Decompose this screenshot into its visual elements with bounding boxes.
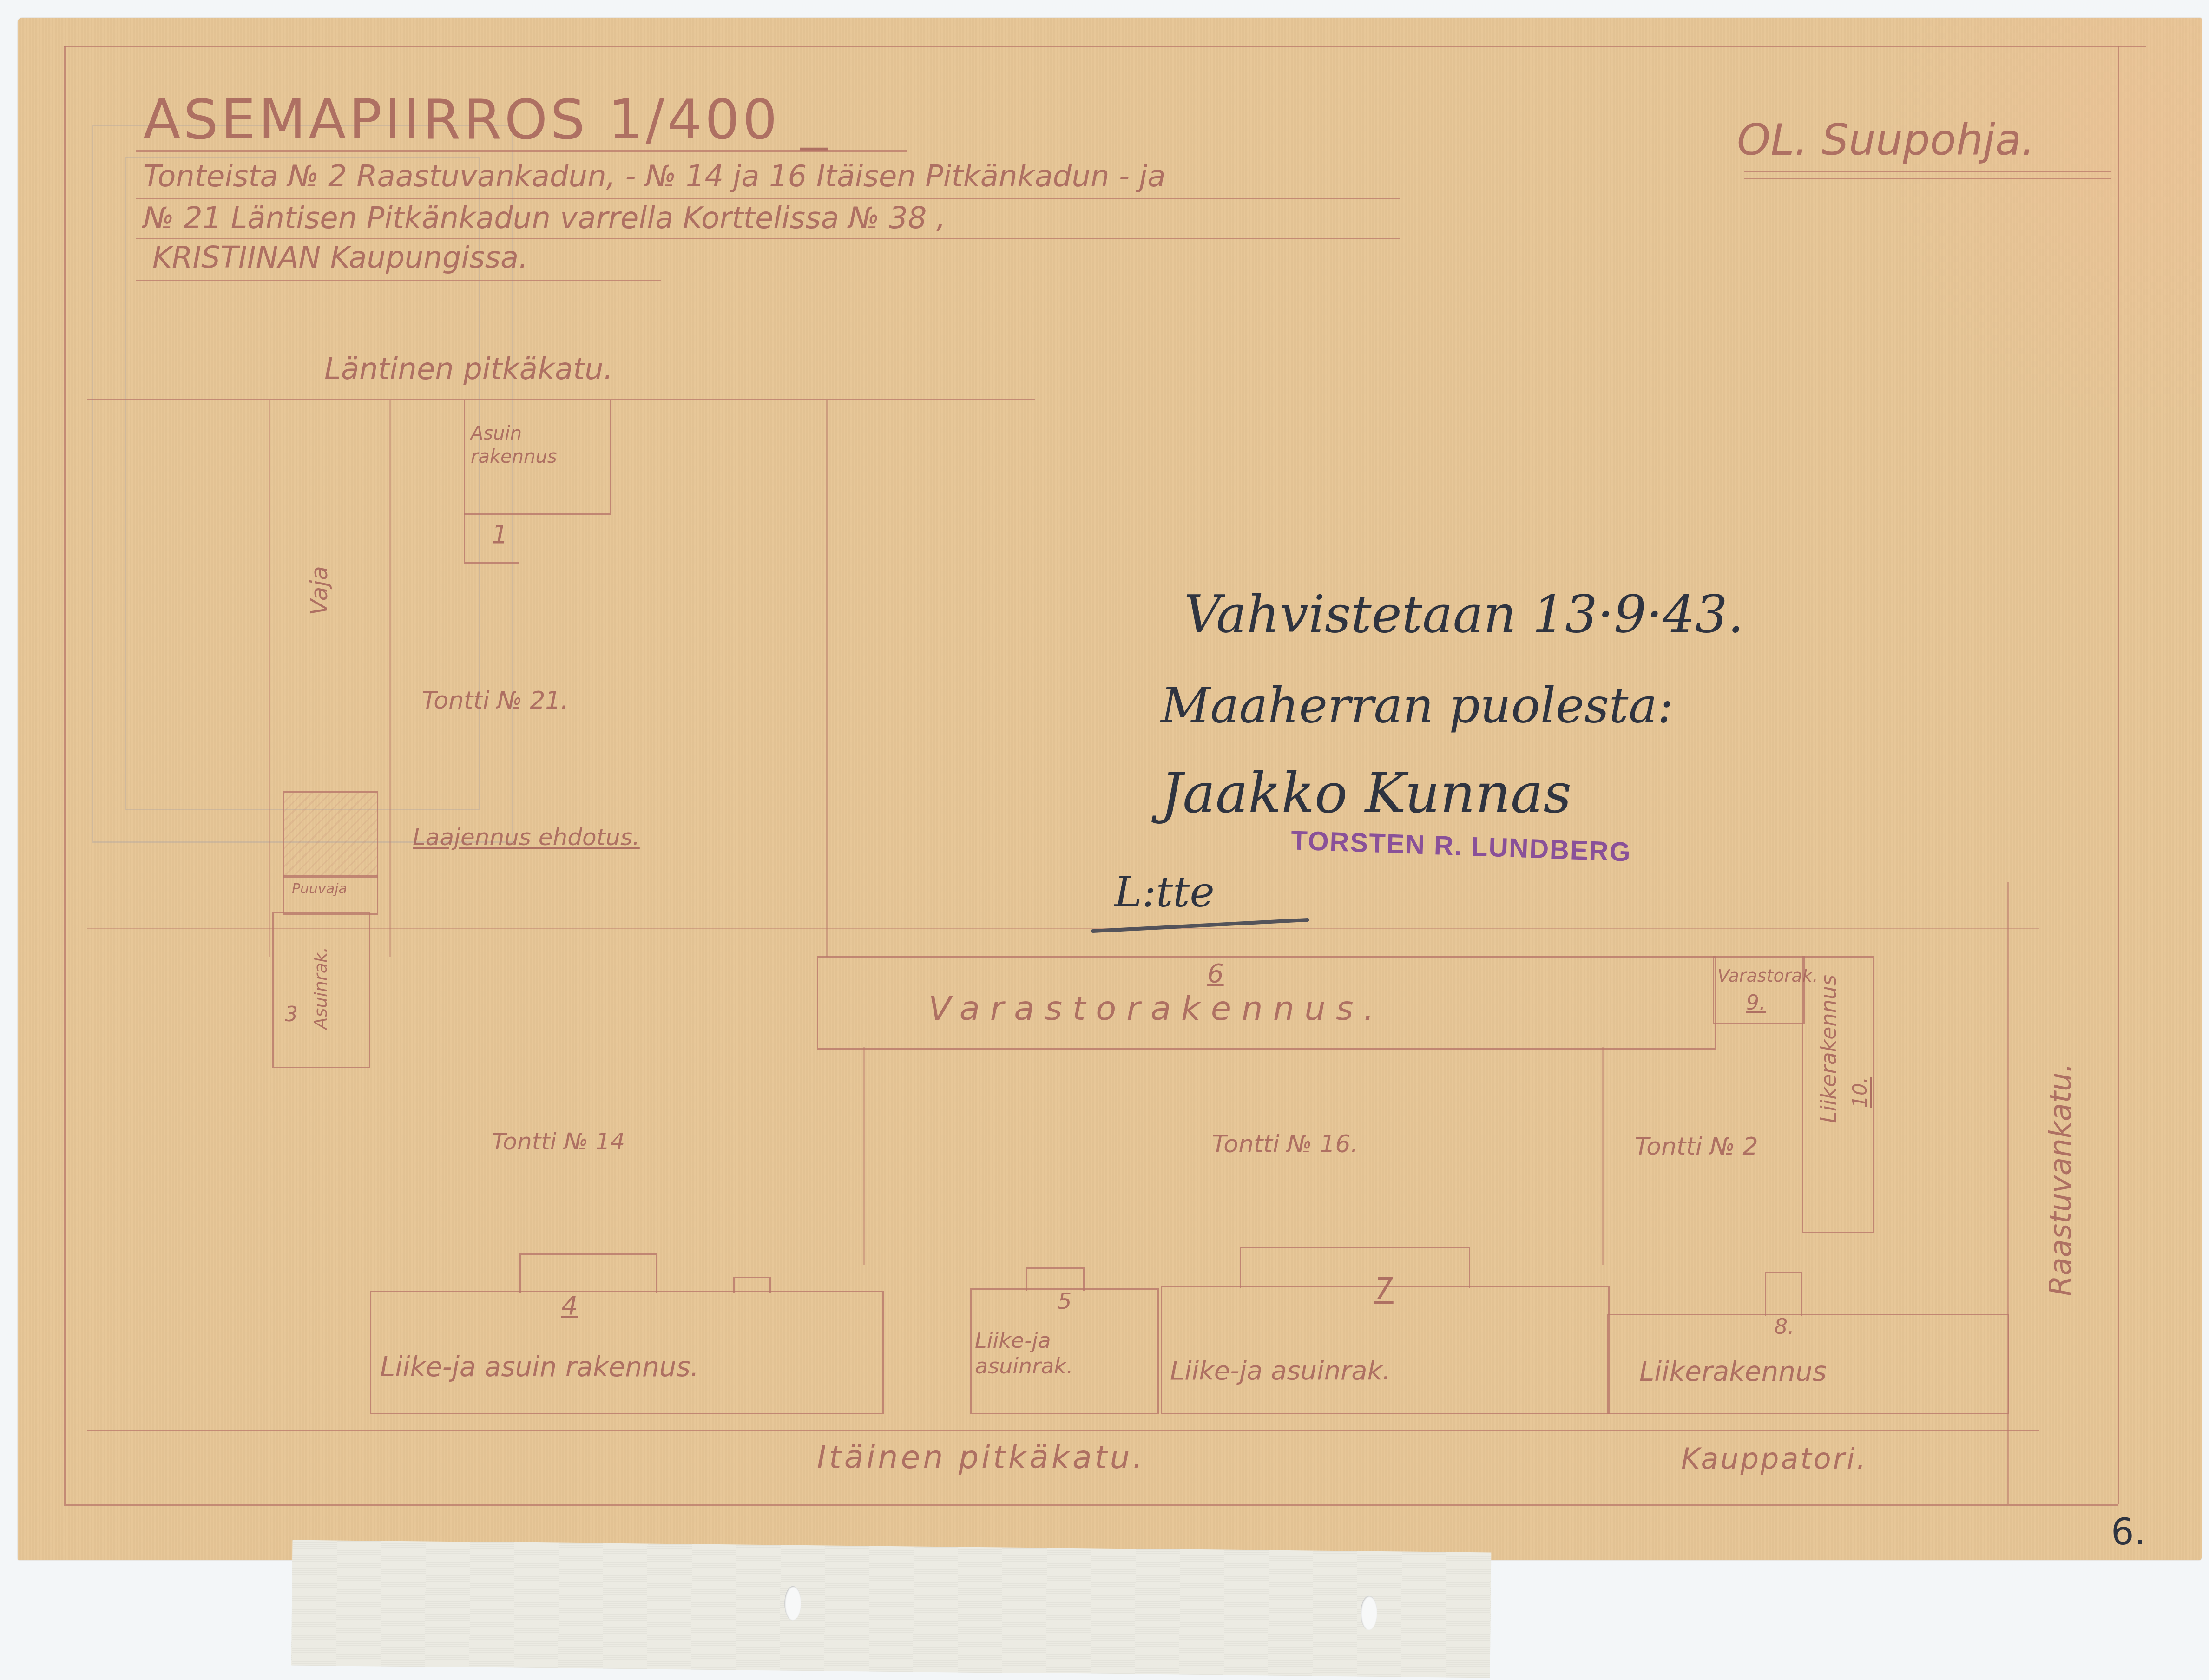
page-number: 6. <box>2111 1511 2145 1553</box>
plot-21-boundary-right <box>826 400 828 957</box>
building-7-wing <box>1240 1247 1470 1288</box>
subtitle-underline-2 <box>136 238 1400 239</box>
document-title: ASEMAPIIRROS 1/400 _ <box>143 87 830 151</box>
initials-underline <box>1091 918 1309 933</box>
building-5-number: 5 <box>1058 1288 1072 1314</box>
building-9-number: 9. <box>1746 991 1766 1015</box>
approval-stamp: TORSTEN R. LUNDBERG <box>1290 825 1632 868</box>
region-label: OL. Suupohja. <box>1737 115 2035 165</box>
subtitle-underline-3 <box>136 280 661 281</box>
subtitle-line-1: Tonteista № 2 Raastuvankadun, - № 14 ja … <box>143 159 1165 194</box>
building-7-number: 7 <box>1374 1272 1394 1306</box>
street-line-bottom <box>87 1430 2039 1431</box>
plot-21-label: Tontti № 21. <box>422 687 568 715</box>
building-4-bay <box>733 1277 771 1293</box>
fuel-shed-label: Puuvaja <box>292 881 347 897</box>
building-6-number: 6 <box>1207 958 1224 989</box>
frame-bottom <box>64 1504 2118 1506</box>
paper-stain <box>1876 18 2202 436</box>
binding-hole-right <box>1361 1596 1378 1630</box>
building-5-gable <box>1026 1267 1085 1291</box>
plot-16-label: Tontti № 16. <box>1212 1130 1358 1158</box>
plot-16-2-boundary <box>1602 1047 1604 1265</box>
binding-strip <box>291 1540 1492 1678</box>
approval-signature: Jaakko Kunnas <box>1161 761 1571 825</box>
frame-left <box>64 46 66 1504</box>
building-1-number: 1 <box>492 519 508 550</box>
building-10-number: 10. <box>1848 1077 1871 1108</box>
building-8-number: 8. <box>1774 1314 1795 1339</box>
frame-top <box>64 46 2146 47</box>
subtitle-line-2: № 21 Läntisen Pitkänkadun varrella Kortt… <box>143 201 946 236</box>
building-3-label: Asuinrak. <box>310 947 331 1030</box>
building-1-label: Asuin rakennus <box>471 422 592 468</box>
street-east-long: Itäinen pitkäkatu. <box>817 1439 1145 1476</box>
plot-2-label: Tontti № 2 <box>1635 1133 1758 1161</box>
approval-line-1: Vahvistetaan 13·9·43. <box>1184 584 1744 644</box>
street-raastuvankatu: Raastuvankatu. <box>2044 1063 2078 1296</box>
plot-21-boundary-inner <box>389 400 391 957</box>
plot-21-boundary-left <box>269 400 270 957</box>
street-west-long: Läntinen pitkäkatu. <box>324 352 613 387</box>
site-plan-sheet: ASEMAPIIRROS 1/400 _ Tonteista № 2 Raast… <box>18 18 2202 1560</box>
market-square-label: Kauppatori. <box>1681 1442 1867 1476</box>
region-underline-2 <box>1744 178 2111 179</box>
building-5-label: Liike-ja asuinrak. <box>975 1328 1054 1379</box>
building-7-label: Liike-ja asuinrak. <box>1170 1356 1391 1386</box>
building-3-number: 3 <box>285 1003 298 1026</box>
plot-14-16-boundary <box>863 1047 865 1265</box>
building-4-number: 4 <box>561 1291 578 1321</box>
extension-proposal-area <box>283 791 378 878</box>
subtitle-line-3: KRISTIINAN Kaupungissa. <box>152 241 528 275</box>
region-underline-1 <box>1744 171 2111 172</box>
frame-right <box>2118 46 2119 1504</box>
block-divider-line <box>87 928 2039 929</box>
extension-proposal-label: Laajennus ehdotus. <box>413 824 640 851</box>
plot-14-label: Tontti № 14 <box>492 1128 625 1155</box>
building-6-label: Varastorakennus. <box>928 989 1384 1028</box>
building-8-gable <box>1765 1272 1802 1316</box>
woodshed-vertical-label: Vaja <box>306 566 333 615</box>
building-10-label: Liikerakennus <box>1816 975 1841 1123</box>
subtitle-underline-1 <box>136 198 1400 199</box>
title-underline <box>136 150 907 152</box>
approval-line-2: Maaherran puolesta: <box>1161 677 1674 734</box>
binding-hole-left <box>784 1586 802 1621</box>
building-8-label: Liikerakennus <box>1639 1356 1827 1387</box>
building-4-label: Liike-ja asuin rakennus. <box>380 1351 699 1383</box>
approval-initials: L:tte <box>1114 868 1215 917</box>
building-4-wing <box>519 1253 657 1293</box>
